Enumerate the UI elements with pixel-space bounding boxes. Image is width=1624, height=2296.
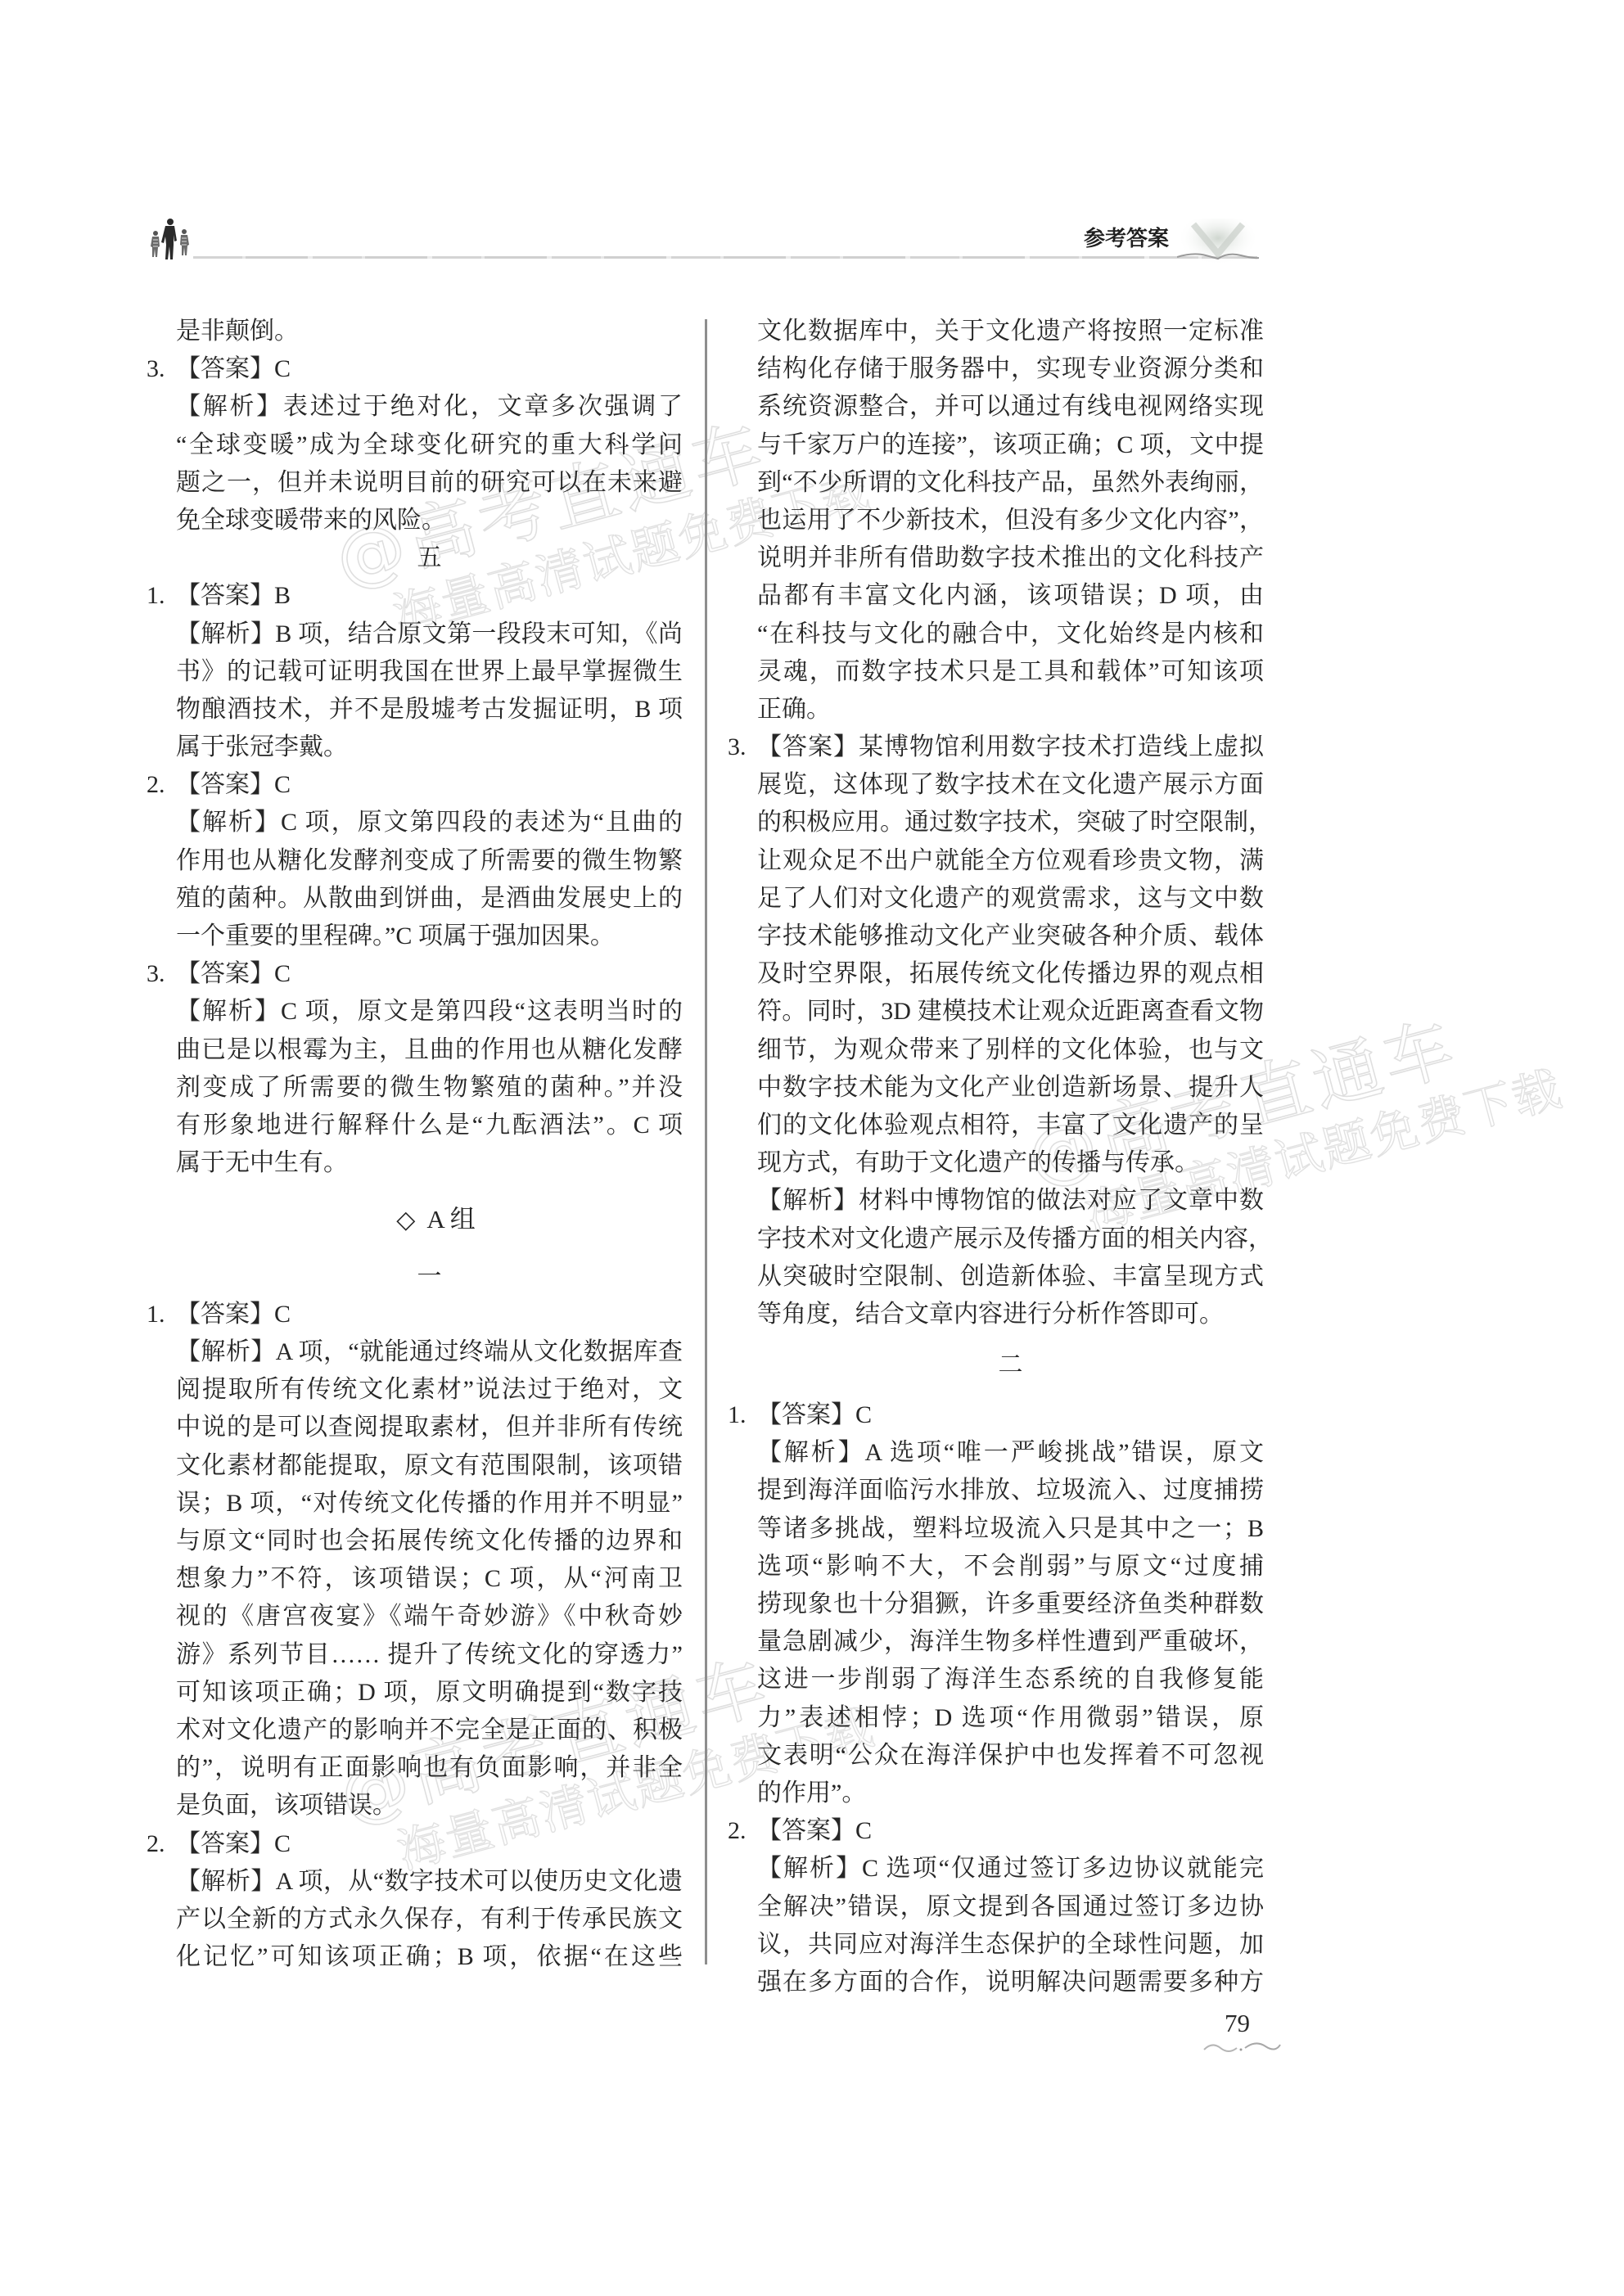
text-line: 【答案】C [176,1825,683,1863]
text-line: 也运用了不少新技术，但没有多少文化内容”， [757,502,1264,539]
text-line: 字技术对文化遗产展示及传播方面的相关内容， [757,1220,1264,1258]
right-column: 文化数据库中，关于文化遗产将按照一定标准结构化存储于服务器中，实现专业资源分类和… [728,313,1264,2001]
left-column: 是非颠倒。3.【答案】C【解析】表述过于绝对化，文章多次强调了“全球变暖”成为全… [147,313,683,1976]
text-line: 强在多方面的合作，说明解决问题需要多种方 [757,1964,1264,2001]
text-line: 的”，说明有正面影响也有负面影响，并非全 [176,1749,683,1787]
text-line: 们的文化体验观点相符，丰富了文化遗产的呈 [757,1107,1264,1144]
text-line: 【解析】A 项，“就能通过终端从文化数据库查 [176,1333,683,1371]
swirl-ornament-icon [1200,2038,1282,2056]
text-line: 力”表述相悖；D 选项“作用微弱”错误，原 [757,1699,1264,1737]
analysis-paragraph: 【解析】C 项，原文第四段的表述为“且曲的作用也从糖化发酵剂变成了所需要的微生物… [147,804,683,955]
text-line: 捞现象也十分猖獗，许多重要经济鱼类种群数 [757,1586,1264,1623]
text-line: 【解析】C 项，原文第四段的表述为“且曲的 [176,804,683,841]
text-line: 剂变成了所需要的微生物繁殖的菌种。”并没 [176,1069,683,1107]
text-line: 现方式，有助于文化遗产的传播与传承。 [757,1144,1264,1182]
diamond-icon: ◇ [396,1207,415,1234]
group-heading: ◇A 组 [147,1182,683,1257]
text-line: 中数字技术能为文化产业创造新场景、提升人 [757,1069,1264,1107]
text-line: 【解析】B 项，结合原文第一段段末可知，《尚 [176,616,683,653]
question-item: 1.【答案】C【解析】A 项，“就能通过终端从文化数据库查阅提取所有传统文化素材… [147,1296,683,1825]
text-line: 【解析】表述过于绝对化，文章多次强调了 [176,388,683,426]
text-line: 与千家万户的连接”，该项正确；C 项，文中提 [757,426,1264,464]
answer-paragraph: 【答案】C [147,766,683,804]
text-line: “全球变暖”成为全球变化研究的重大科学问 [176,426,683,464]
text-line: 文化素材都能提取，原文有范围限制，该项错 [176,1447,683,1485]
text-line: 从突破时空限制、创造新体验、丰富呈现方式 [757,1258,1264,1296]
text-line: 产以全新的方式永久保存，有利于传承民族文 [176,1901,683,1938]
text-line: 【答案】C [176,350,683,388]
text-line: 让观众足不出户就能全方位观看珍贵文物，满 [757,842,1264,880]
text-line: 殖的菌种。从散曲到饼曲，是酒曲发展史上的 [176,880,683,918]
answer-paragraph: 【答案】C [147,350,683,388]
open-book-ornament-icon [1177,214,1259,272]
text-line: 的作用”。 [757,1775,1264,1812]
text-line: 【解析】材料中博物馆的做法对应了文章中数 [757,1182,1264,1220]
text-line: 品都有丰富文化内涵，该项错误；D 项，由 [757,577,1264,615]
text-line: 议，共同应对海洋生态保护的全球性问题，加 [757,1926,1264,1964]
continued-paragraph: 文化数据库中，关于文化遗产将按照一定标准结构化存储于服务器中，实现专业资源分类和… [728,313,1264,728]
text-line: 【答案】某博物馆利用数字技术打造线上虚拟 [757,728,1264,766]
text-line: 【答案】C [757,1812,1264,1850]
question-item: 2.【答案】C【解析】C 项，原文第四段的表述为“且曲的作用也从糖化发酵剂变成了… [147,766,683,955]
text-line: 结构化存储于服务器中，实现专业资源分类和 [757,350,1264,388]
text-line: 【答案】C [176,1296,683,1333]
text-line: 曲已是以根霉为主，且曲的作用也从糖化发酵 [176,1031,683,1069]
question-item: 3.【答案】某博物馆利用数字技术打造线上虚拟展览，这体现了数字技术在文化遗产展示… [728,728,1264,1333]
answer-paragraph: 【答案】C [147,955,683,993]
question-number: 1. [147,1296,165,1333]
text-line: 【答案】C [176,766,683,804]
text-line: 属于无中生有。 [176,1144,683,1182]
text-line: 术对文化遗产的影响并不完全是正面的、积极 [176,1712,683,1749]
question-number: 2. [728,1812,747,1850]
question-number: 3. [728,728,747,766]
text-line: 阅提取所有传统文化素材”说法过于绝对，文 [176,1371,683,1409]
text-line: 免全球变暖带来的风险。 [176,502,683,539]
column-divider [705,319,707,1964]
text-line: 视的《唐宫夜宴》《端午奇妙游》《中秋奇妙 [176,1598,683,1635]
question-item: 2.【答案】C【解析】A 项，从“数字技术可以使历史文化遗产以全新的方式永久保存… [147,1825,683,1977]
header-rule [193,256,1257,259]
section-title: 参考答案 [1084,226,1169,252]
answer-paragraph: 【答案】某博物馆利用数字技术打造线上虚拟展览，这体现了数字技术在文化遗产展示方面… [728,728,1264,1182]
text-line: 展览，这体现了数字技术在文化遗产展示方面 [757,766,1264,804]
text-line: 量急剧减少，海洋生物多样性遭到严重破坏， [757,1623,1264,1661]
continued-paragraph: 是非颠倒。 [147,313,683,350]
analysis-paragraph: 【解析】B 项，结合原文第一段段末可知，《尚书》的记载可证明我国在世界上最早掌握… [147,616,683,767]
text-line: 【解析】C 选项“仅通过签订多边协议就能完 [757,1850,1264,1888]
answer-paragraph: 【答案】C [728,1396,1264,1434]
text-line: 游》系列节目…… 提升了传统文化的穿透力” [176,1636,683,1674]
text-line: 细节，为观众带来了别样的文化体验，也与文 [757,1031,1264,1069]
question-item: 1.【答案】B【解析】B 项，结合原文第一段段末可知，《尚书》的记载可证明我国在… [147,577,683,766]
text-line: 说明并非所有借助数字技术推出的文化科技产 [757,539,1264,577]
answer-paragraph: 【答案】C [147,1296,683,1333]
text-line: 及时空界限，拓展传统文化传播边界的观点相 [757,955,1264,993]
analysis-paragraph: 【解析】A 选项“唯一严峻挑战”错误，原文提到海洋面临污水排放、垃圾流入、过度捕… [728,1434,1264,1812]
text-line: 文表明“公众在海洋保护中也发挥着不可忽视 [757,1737,1264,1775]
text-line: 的积极应用。通过数字技术，突破了时空限制， [757,804,1264,841]
walking-figures-icon [147,218,196,264]
text-line: 一个重要的里程碑。”C 项属于强加因果。 [176,918,683,955]
text-line: 想象力”不符，该项错误；C 项，从“河南卫 [176,1560,683,1598]
text-line: 选项“影响不大，不会削弱”与原文“过度捕 [757,1548,1264,1586]
text-line: 全解决”错误，原文提到各国通过签订多边协 [757,1888,1264,1926]
text-line: 误；B 项，“对传统文化传播的作用并不明显” [176,1485,683,1522]
text-line: 文化数据库中，关于文化遗产将按照一定标准 [757,313,1264,350]
text-line: 字技术能够推动文化产业突破各种介质、载体 [757,918,1264,955]
text-line: 【解析】A 选项“唯一严峻挑战”错误，原文 [757,1434,1264,1472]
text-line: 足了人们对文化遗产的观赏需求，这与文中数 [757,880,1264,918]
analysis-paragraph: 【解析】C 选项“仅通过签订多边协议就能完全解决”错误，原文提到各国通过签订多边… [728,1850,1264,2001]
text-line: 正确。 [757,691,1264,728]
text-line: 是非颠倒。 [176,313,683,350]
text-line: 灵魂，而数字技术只是工具和载体”可知该项 [757,653,1264,691]
text-line: 【答案】B [176,577,683,615]
text-line: 物酿酒技术，并不是殷墟考古发掘证明，B 项 [176,691,683,728]
answer-paragraph: 【答案】C [728,1812,1264,1850]
text-line: 有形象地进行解释什么是“九酝酒法”。C 项 [176,1107,683,1144]
text-line: 是负面，该项错误。 [176,1787,683,1825]
question-number: 2. [147,1825,165,1863]
analysis-paragraph: 【解析】表述过于绝对化，文章多次强调了“全球变暖”成为全球变化研究的重大科学问题… [147,388,683,539]
text-line: 可知该项正确；D 项，原文明确提到“数字技 [176,1674,683,1712]
section-heading: 二 [728,1333,1264,1396]
text-line: 这进一步削弱了海洋生态系统的自我修复能 [757,1661,1264,1698]
question-item: 3.【答案】C【解析】表述过于绝对化，文章多次强调了“全球变暖”成为全球变化研究… [147,350,683,539]
answer-paragraph: 【答案】B [147,577,683,615]
section-heading: 五 [147,539,683,577]
question-number: 1. [147,577,165,615]
text-line: 题之一，但并未说明目前的研究可以在未来避 [176,464,683,502]
analysis-paragraph: 【解析】A 项，“就能通过终端从文化数据库查阅提取所有传统文化素材”说法过于绝对… [147,1333,683,1825]
text-line: 【解析】C 项，原文是第四段“这表明当时的 [176,993,683,1031]
analysis-paragraph: 【解析】C 项，原文是第四段“这表明当时的曲已是以根霉为主，且曲的作用也从糖化发… [147,993,683,1182]
question-item: 1.【答案】C【解析】A 选项“唯一严峻挑战”错误，原文提到海洋面临污水排放、垃… [728,1396,1264,1812]
question-number: 3. [147,955,165,993]
text-line: 中说的是可以查阅提取素材，但并非所有传统 [176,1409,683,1446]
section-heading: 一 [147,1258,683,1296]
text-line: 系统资源整合，并可以通过有线电视网络实现 [757,388,1264,426]
text-line: 等角度，结合文章内容进行分析作答即可。 [757,1296,1264,1333]
question-number: 1. [728,1396,747,1434]
text-line: 书》的记载可证明我国在世界上最早掌握微生 [176,653,683,691]
question-number: 2. [147,766,165,804]
text-line: 属于张冠李戴。 [176,728,683,766]
group-heading-label: A 组 [426,1205,475,1234]
text-line: 符。同时，3D 建模技术让观众近距离查看文物 [757,993,1264,1031]
text-line: 作用也从糖化发酵剂变成了所需要的微生物繁 [176,842,683,880]
text-line: “在科技与文化的融合中，文化始终是内核和 [757,616,1264,653]
text-line: 到“不少所谓的文化科技产品，虽然外表绚丽， [757,464,1264,502]
analysis-paragraph: 【解析】A 项，从“数字技术可以使历史文化遗产以全新的方式永久保存，有利于传承民… [147,1863,683,1977]
text-line: 化记忆”可知该项正确；B 项，依据“在这些 [176,1938,683,1976]
text-line: 提到海洋面临污水排放、垃圾流入、过度捕捞 [757,1472,1264,1509]
analysis-paragraph: 【解析】材料中博物馆的做法对应了文章中数字技术对文化遗产展示及传播方面的相关内容… [728,1182,1264,1333]
text-line: 【解析】A 项，从“数字技术可以使历史文化遗 [176,1863,683,1901]
text-line: 【答案】C [176,955,683,993]
text-line: 与原文“同时也会拓展传统文化传播的边界和 [176,1522,683,1560]
text-line: 等诸多挑战，塑料垃圾流入只是其中之一；B [757,1510,1264,1548]
text-line: 【答案】C [757,1396,1264,1434]
question-number: 3. [147,350,165,388]
page-number: 79 [1225,2007,1250,2040]
question-item: 3.【答案】C【解析】C 项，原文是第四段“这表明当时的曲已是以根霉为主，且曲的… [147,955,683,1182]
answer-paragraph: 【答案】C [147,1825,683,1863]
question-item: 2.【答案】C【解析】C 选项“仅通过签订多边协议就能完全解决”错误，原文提到各… [728,1812,1264,2001]
